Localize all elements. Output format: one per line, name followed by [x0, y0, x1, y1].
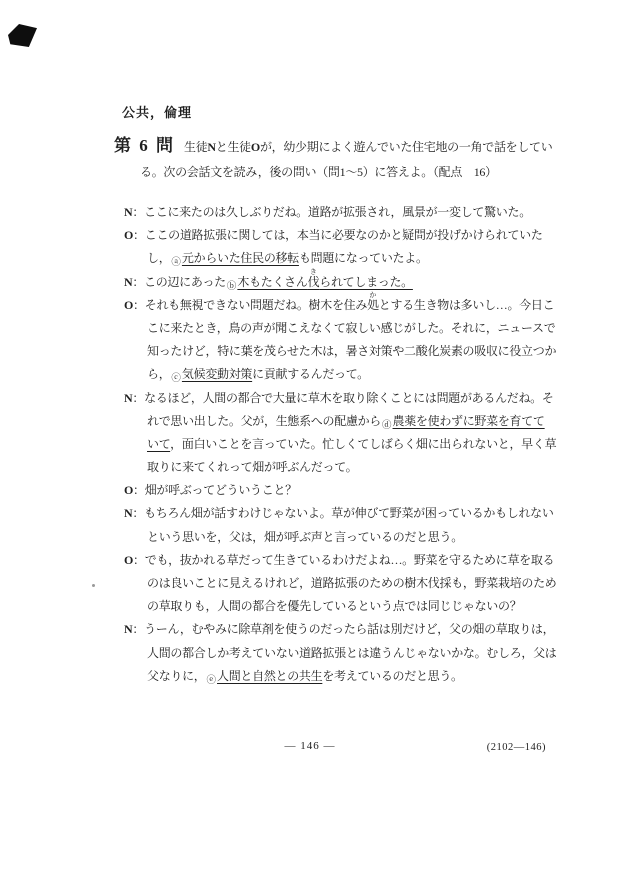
- text-run: と生徒: [216, 140, 251, 154]
- text-run: ：: [133, 483, 145, 497]
- ruby-text: き伐: [308, 275, 320, 289]
- underlined-phrase: 木もたくさん: [237, 275, 307, 289]
- text-run: それも無視できない問題だね。樹木を住み: [145, 298, 367, 312]
- dialogue-line: O：それも無視できない問題だね。樹木を住みか処とする生き物は多いし…。今日こ: [124, 294, 557, 317]
- circled-letter-e: ⓔ: [207, 676, 217, 686]
- text-run: 生徒: [184, 140, 207, 154]
- text-run: 畑が呼ぶってどういうこと？: [145, 483, 297, 497]
- dialogue-line: O：ここの道路拡張に関しては，本当に必要なのかと疑問が投げかけられていた: [124, 224, 557, 247]
- text-run: でも，抜かれる草だって生きているわけだよね…。野菜を守るために草を取る: [145, 553, 555, 567]
- underlined-phrase: 気候変動対策: [182, 367, 252, 381]
- student-o-label: O: [251, 140, 260, 154]
- question-heading: 第 6 問生徒Nと生徒Oが，幼少期によく遊んでいた住宅地の一角で話をしてい: [114, 131, 552, 156]
- dialogue-line: O：でも，抜かれる草だって生きているわけだよね…。野菜を守るために草を取る: [124, 549, 557, 572]
- dialogue-line: の草取りも，人間の都合を優先しているという点では同じじゃないの？: [124, 595, 557, 618]
- text-run: ：: [133, 228, 145, 242]
- text-run: ：: [132, 205, 144, 219]
- dialogue-line: れで思い出した。父が，生態系への配慮からⓓ農薬を使わずに野菜を育てて: [124, 410, 557, 433]
- dialogue-line: N：なるほど，人間の都合で大量に草木を取り除くことには問題があるんだね。そ: [124, 387, 557, 410]
- speaker-label: O: [124, 483, 133, 497]
- dialogue-line: いて，面白いことを言っていた。忙しくてしばらく畑に出られないと，早く草: [124, 433, 557, 456]
- circled-letter-d: ⓓ: [382, 421, 392, 431]
- dialogue-line: し，ⓐ元からいた住民の移転も問題になっていたよ。: [124, 247, 557, 270]
- text-run: に貢献するんだって。: [252, 367, 369, 381]
- text-run: ここに来たのは久しぶりだね。道路が拡張され，風景が一変して驚いた。: [144, 205, 531, 219]
- underlined-phrase: 人間と自然との共生: [217, 669, 322, 683]
- circled-letter-c: ⓒ: [171, 374, 181, 384]
- dialogue-line: N：ここに来たのは久しぶりだね。道路が拡張され，風景が一変して驚いた。: [124, 201, 557, 224]
- text-run: し，: [147, 251, 170, 265]
- student-n-label: N: [207, 140, 215, 154]
- exam-page: 公共，倫理 第 6 問生徒Nと生徒Oが，幼少期によく遊んでいた住宅地の一角で話を…: [0, 0, 620, 876]
- text-run: なるほど，人間の都合で大量に草木を取り除くことには問題があるんだね。そ: [144, 391, 554, 405]
- text-run: ：: [132, 622, 144, 636]
- furigana: か: [369, 292, 376, 299]
- text-run: という思いを，父は，畑が呼ぶ声と言っているのだと思う。: [147, 530, 463, 544]
- doc-code: (2102—146): [487, 742, 546, 753]
- text-run: 人間の都合しか考えていない道路拡張とは違うんじゃないかな。むしろ，父は: [147, 646, 557, 660]
- text-run: れで思い出した。父が，生態系への配慮から: [147, 414, 381, 428]
- underlined-phrase: られてしまった。: [319, 275, 413, 289]
- circled-letter-a: ⓐ: [171, 258, 181, 268]
- subject-heading: 公共，倫理: [122, 102, 192, 121]
- dialogue-line: ら，ⓒ気候変動対策に貢献するんだって。: [124, 363, 557, 386]
- text-run: ，面白いことを言っていた。忙しくてしばらく畑に出られないと，早く草: [170, 437, 556, 451]
- dialogue-line: N：この辺にあったⓑ木もたくさんき伐られてしまった。: [124, 271, 557, 294]
- text-run: もちろん畑が話すわけじゃないよ。草が伸びて野菜が困っているかもしれない: [144, 506, 554, 520]
- text-run: 知ったけど，特に葉を茂らせた木は，暑さ対策や二酸化炭素の吸収に役立つか: [147, 344, 556, 358]
- dialogue-line: のは良いことに見えるけれど，道路拡張のための樹木伐採も，野菜栽培のため: [124, 572, 557, 595]
- text-run: も問題になっていたよ。: [299, 251, 428, 265]
- question-number: 第 6 問: [114, 136, 175, 155]
- question-intro-line1: 生徒Nと生徒Oが，幼少期によく遊んでいた住宅地の一角で話をしてい: [184, 140, 552, 154]
- scan-artifact-mark: [8, 24, 37, 47]
- text-run: こに来たとき，鳥の声が聞こえなくて寂しい感じがした。それに，ニュースで: [147, 321, 555, 335]
- text-run: を考えているのだと思う。: [322, 669, 462, 683]
- text-run: ：: [133, 553, 145, 567]
- text-run: が，幼少期によく遊んでいた住宅地の一角で話をしてい: [260, 140, 553, 154]
- underlined-phrase: いて: [147, 437, 170, 451]
- scan-dot-artifact: [92, 584, 95, 587]
- text-run: ：: [132, 275, 144, 289]
- text-run: うーん，むやみに除草剤を使うのだったら話は別だけど，父の畑の草取りは，: [144, 622, 554, 636]
- dialogue-line: 人間の都合しか考えていない道路拡張とは違うんじゃないかな。むしろ，父は: [124, 642, 557, 665]
- text-run: の草取りも，人間の都合を優先しているという点では同じじゃないの？: [147, 599, 521, 613]
- text-run: 取りに来てくれって畑が呼ぶんだって。: [147, 460, 357, 474]
- dialogue-line: 父なりに，ⓔ人間と自然との共生を考えているのだと思う。: [124, 665, 557, 688]
- text-run: この辺にあった: [144, 275, 226, 289]
- circled-letter-b: ⓑ: [227, 282, 237, 292]
- speaker-label: O: [124, 228, 133, 242]
- underlined-phrase: 農薬を使わずに野菜を育てて: [393, 414, 545, 428]
- text-run: 父なりに，: [147, 669, 206, 683]
- speaker-label: O: [124, 553, 133, 567]
- question-intro-line2: る。次の会話文を読み，後の問い（問1～5）に答えよ。（配点 16）: [140, 163, 497, 180]
- dialogue-line: N：うーん，むやみに除草剤を使うのだったら話は別だけど，父の畑の草取りは，: [124, 618, 557, 641]
- underlined-phrase: 元からいた住民の移転: [182, 251, 299, 265]
- text-run: ：: [132, 506, 144, 520]
- text-run: のは良いことに見えるけれど，道路拡張のための樹木伐採も，野菜栽培のため: [147, 576, 557, 590]
- text-run: ：: [133, 298, 145, 312]
- ruby-text: か処: [367, 298, 379, 312]
- dialogue-line: 取りに来てくれって畑が呼ぶんだって。: [124, 456, 557, 479]
- dialogue-line: という思いを，父は，畑が呼ぶ声と言っているのだと思う。: [124, 526, 557, 549]
- dialogue-line: 知ったけど，特に葉を茂らせた木は，暑さ対策や二酸化炭素の吸収に役立つか: [124, 340, 557, 363]
- text-run: ：: [132, 391, 144, 405]
- text-run: ここの道路拡張に関しては，本当に必要なのかと疑問が投げかけられていた: [145, 228, 543, 242]
- speaker-label: O: [124, 298, 133, 312]
- furigana: き: [310, 269, 317, 276]
- dialogue-line: N：もちろん畑が話すわけじゃないよ。草が伸びて野菜が困っているかもしれない: [124, 502, 557, 525]
- text-run: とする生き物は多いし…。今日こ: [379, 298, 555, 312]
- dialogue: N：ここに来たのは久しぶりだね。道路が拡張され，風景が一変して驚いた。O：ここの…: [124, 201, 557, 688]
- dialogue-line: O：畑が呼ぶってどういうこと？: [124, 479, 557, 502]
- dialogue-line: こに来たとき，鳥の声が聞こえなくて寂しい感じがした。それに，ニュースで: [124, 317, 557, 340]
- text-run: ら，: [147, 367, 170, 381]
